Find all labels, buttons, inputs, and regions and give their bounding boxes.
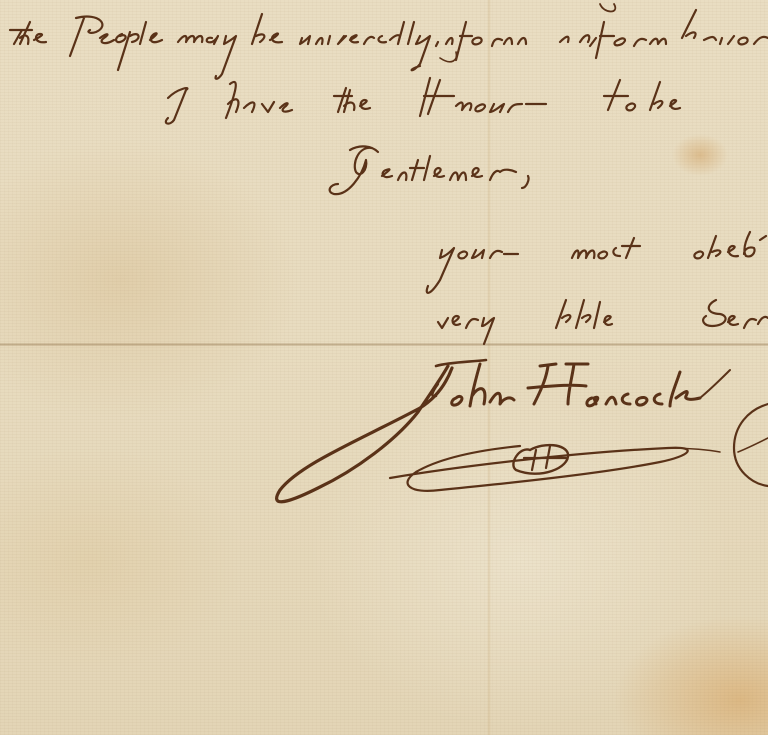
line-4 bbox=[427, 232, 766, 293]
line-5 bbox=[438, 300, 768, 344]
line-2 bbox=[166, 78, 680, 124]
line-1 bbox=[10, 4, 768, 79]
handwriting bbox=[0, 0, 768, 735]
signature bbox=[277, 360, 768, 502]
line-3 bbox=[330, 146, 529, 194]
letter-page: the People may be universally inform[ed]… bbox=[0, 0, 768, 735]
